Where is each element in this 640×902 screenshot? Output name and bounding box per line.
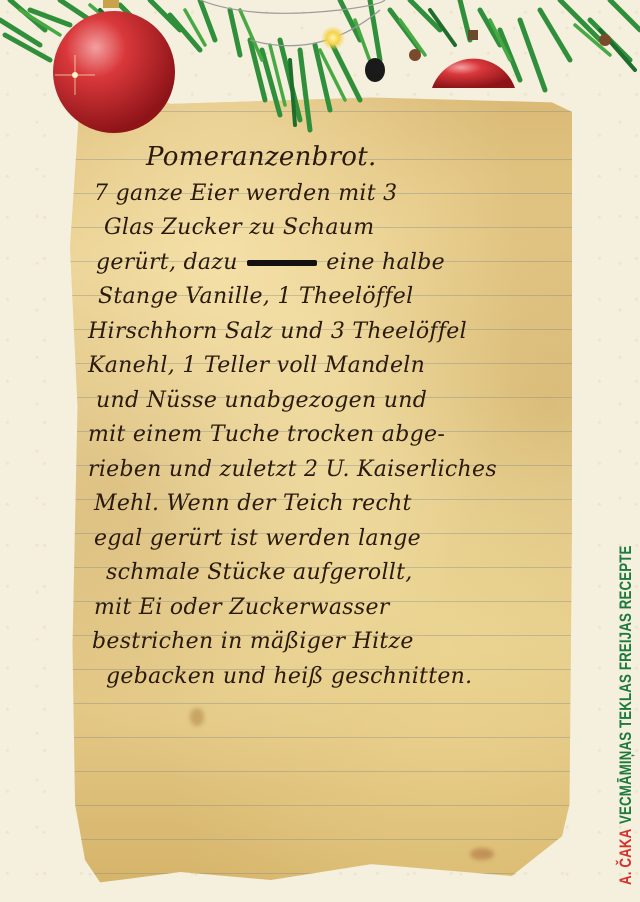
recipe-card: Pomeranzenbrot. 7 ganze Eier werden mit … [0, 0, 640, 902]
recipe-line: gebacken und heiß geschnitten. [88, 660, 568, 695]
redacted-word [247, 260, 317, 266]
recipe-line: mit Ei oder Zuckerwasser [88, 591, 568, 626]
recipe-line: Hirschhorn Salz und 3 Theelöffel [88, 315, 568, 350]
light-string [200, 0, 385, 13]
recipe-line: mit einem Tuche trocken abge- [88, 418, 568, 453]
recipe-line: egal gerürt ist werden lange [88, 522, 568, 557]
pinecone [599, 34, 611, 46]
dark-ornament [365, 58, 385, 82]
red-ornament-right [432, 30, 515, 88]
book-caption: A. ČAKAVECMĀMIŅAS TEKLAS FREIJAS RECEPTE [616, 545, 636, 885]
recipe-line: schmale Stücke aufgerollt, [88, 556, 568, 591]
handwritten-recipe: Pomeranzenbrot. 7 ganze Eier werden mit … [88, 140, 568, 694]
recipe-line: bestrichen in mäßiger Hitze [88, 625, 568, 660]
stain [190, 708, 204, 726]
stain [100, 118, 122, 132]
recipe-line: gerürt, dazu eine halbe [88, 246, 568, 281]
stain [470, 848, 494, 860]
recipe-line: Kanehl, 1 Teller voll Mandeln [88, 349, 568, 384]
recipe-line: und Nüsse unabgezogen und [88, 384, 568, 419]
recipe-line: rieben und zuletzt 2 U. Kaiserliches [88, 453, 568, 488]
recipe-line: Mehl. Wenn der Teich recht [88, 487, 568, 522]
fairy-light-icon [321, 26, 345, 50]
recipe-line: Glas Zucker zu Schaum [88, 211, 568, 246]
light-string [250, 10, 380, 46]
recipe-line: 7 ganze Eier werden mit 3 [88, 177, 568, 212]
book-series-title: VECMĀMIŅAS TEKLAS FREIJAS RECEPTE [616, 545, 635, 823]
pinecone [409, 49, 421, 61]
recipe-title: Pomeranzenbrot. [88, 140, 568, 175]
author-name: A. ČAKA [616, 829, 635, 885]
recipe-line: Stange Vanille, 1 Theelöffel [88, 280, 568, 315]
